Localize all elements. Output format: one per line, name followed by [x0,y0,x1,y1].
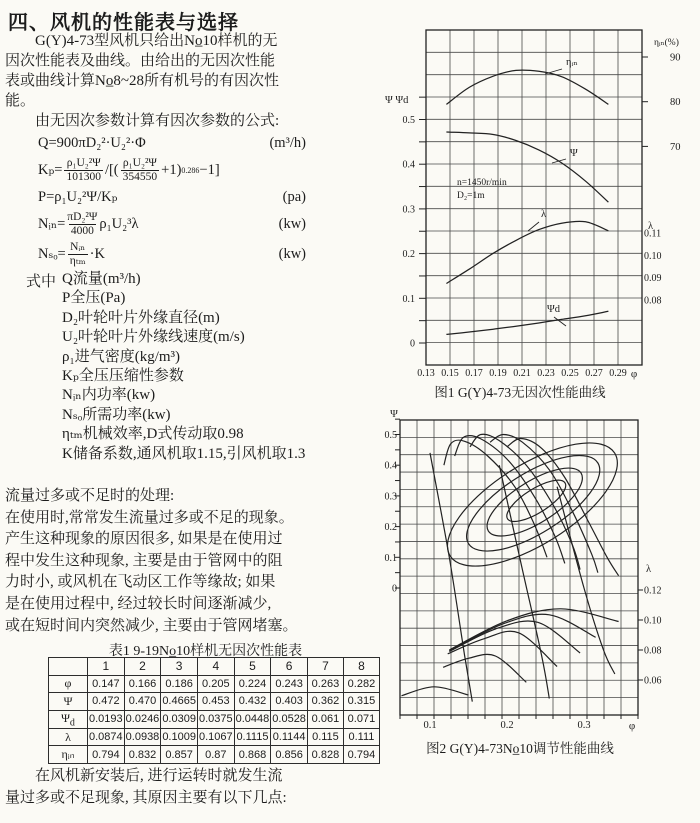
table-cell: 0.362 [307,693,343,711]
pressure-curve [444,440,547,557]
table-cell: 0.832 [124,746,161,764]
curve-label: Ψ [570,148,578,159]
table-cell: 0.147 [88,675,125,693]
formula-lead-text: 由无因次参数计算有因次参数的公式: [5,111,377,131]
table-header-row: 12345678 [49,658,380,676]
x-tick-label: 0.2 [500,720,513,731]
x-tick-label: 0.25 [561,368,579,379]
x-tick-label: 0.21 [513,368,531,379]
y-tick-label: 0.4 [403,160,416,171]
table-cell: 0.0246 [124,710,161,728]
pressure-unit: (pa) [283,189,306,206]
curve-label: ηᵢₙ [566,57,578,68]
text-line: P全压(Pa) [62,289,362,308]
kp-den1: 101300 [64,170,103,184]
text-line: Kₚ全压压缩性参数 [62,367,362,386]
flow-handling-paragraph: 流量过多或不足时的处理:在使用时,常常发生流量过多或不足的现象。产生这种现象的原… [5,486,377,637]
chart-adjustment-performance: 0.50.40.30.20.10Ψλ0.120.100.080.060.10.2… [383,408,700,760]
kp-frac1: ρ₁U₂²Ψ 101300 [64,157,103,183]
y-tick-label: 0 [410,339,415,350]
table-cell: 0.857 [161,746,198,764]
row-label: φ [49,675,88,693]
table-row: λ0.08740.09380.10090.10670.11150.11440.1… [49,728,380,746]
table-cell: 0.794 [343,746,379,764]
left-axis-label: Ψ [390,409,398,420]
lambda-tick-label: 0.10 [644,251,662,262]
table-cell: 0.472 [88,693,125,711]
eta-axis-label: ηᵢₙ(%) [654,37,679,48]
table-header-cell: 3 [161,658,198,676]
table-row: φ0.1470.1660.1860.2050.2240.2430.2630.28… [49,675,380,693]
speed-annotation: n=1450r/min [457,178,507,188]
text-line: D₂叶轮叶片外缘直径(m) [62,309,362,328]
grid [400,420,638,715]
x-tick-label: 0.13 [417,368,435,379]
nin-lhs: Nᵢₙ= [38,216,65,233]
lambda-axis-label: λ [646,564,652,575]
table-cell: 0.315 [343,693,379,711]
eta-tick-label: 90 [670,53,681,64]
curve-label-leader [554,317,566,326]
formula-lead: 由无因次参数计算有因次参数的公式: [5,111,377,131]
chart1-caption: 图1 G(Y)4-73无因次性能曲线 [434,384,606,400]
lambda-curve [449,621,580,653]
table-cell: 0.794 [88,746,125,764]
table-cell: 0.071 [343,710,379,728]
table-header-cell [49,658,88,676]
text-line: ρ₁进气密度(kg/m³) [62,348,362,367]
lambda-tick-label: 0.12 [644,586,662,597]
kp-lhs: Kₚ= [38,162,62,179]
formula-flow: Q=900πD₂²·U₂²·Φ (m³/h) [38,132,306,154]
text-line: ηₜₘ机械效率,D式传动取0.98 [62,425,362,444]
text-line: 是在使用过程中, 经过较长时间逐渐减少, [5,594,377,616]
kp-mid: /[( [105,162,119,179]
table-cell: 0.061 [307,710,343,728]
table-cell: 0.1144 [271,728,308,746]
text-line: 流量过多或不足时的处理: [5,486,377,508]
lambda-tick-label: 0.06 [644,676,662,687]
y-tick-label: 0.2 [403,249,416,260]
table-cell: 0.263 [307,675,343,693]
where-items: Q流量(m³/h)P全压(Pa)D₂叶轮叶片外缘直径(m)U₂叶轮叶片外缘线速度… [62,270,362,464]
table-cell: 0.0309 [161,710,198,728]
curve-ηᵢₙ [446,70,608,104]
eta-tick-label: 70 [670,142,681,153]
text-line: 程中发生这种现象, 主要是由于管网中的阻 [5,551,377,573]
curve-Ψd [446,311,608,334]
text-line: G(Y)4-73型风机只给出No̲10样机的无 [5,31,377,51]
intro-paragraph: G(Y)4-73型风机只给出No̲10样机的无因次性能表及曲线。由给出的无因次性… [5,31,377,111]
table-header-cell: 6 [271,658,308,676]
efficiency-contour [429,419,636,590]
pressure-body: P=ρ₁U₂²Ψ/Kₚ [38,189,117,206]
text-line: 在使用时,常常发生流量过多或不足的现象。 [5,508,377,530]
table-cell: 0.1009 [161,728,198,746]
table-header-cell: 4 [197,658,234,676]
lambda-tick-label: 0.09 [644,273,662,284]
table-cell: 0.856 [271,746,308,764]
x-tick-label: 0.29 [609,368,627,379]
table-row: Ψ0.4720.4700.46650.4530.4320.4030.3620.3… [49,693,380,711]
row-label: Ψd [49,710,88,728]
table-cell: 0.0528 [271,710,308,728]
text-line: U₂叶轮叶片外缘线速度(m/s) [62,328,362,347]
chart2-caption: 图2 G(Y)4-73No̲10调节性能曲线 [426,740,614,756]
x-axis-label: φ [631,368,637,380]
text-line: 力时小, 或风机在飞动区工作等缘故; 如果 [5,572,377,594]
lambda-tick-label: 0.11 [644,229,661,240]
table-cell: 0.403 [271,693,308,711]
table-cell: 0.470 [124,693,161,711]
row-label: ηᵢₙ [49,746,88,764]
y-tick-label: 0.3 [385,491,398,502]
table-header-cell: 1 [88,658,125,676]
closing-paragraph: 在风机新安装后, 进行运转时就发生流量过多或不足现象, 其原因主要有以下几点: [5,766,377,809]
y-tick-label: 0.4 [385,461,398,472]
diameter-annotation: D₂=1m [457,191,485,201]
nso-rest: ·K [90,246,105,263]
kp-exp: 0.286 [181,166,199,175]
curve-label: Ψd [547,304,561,315]
x-tick-label: 0.1 [423,720,436,731]
y-tick-label: 0.1 [385,553,398,564]
table-cell: 0.0938 [124,728,161,746]
text-line: Q流量(m³/h) [62,270,362,289]
formula-kp: Kₚ= ρ₁U₂²Ψ 101300 /[( ρ₁U₂²Ψ 354550 +1)0… [38,156,330,184]
nso-num: Nᵢₙ [70,241,85,254]
text-line: K储备系数,通风机取1.15,引风机取1.3 [62,445,362,464]
nso-unit: (kw) [279,246,306,263]
symbol-definitions: 式中 Q流量(m³/h)P全压(Pa)D₂叶轮叶片外缘直径(m)U₂叶轮叶片外缘… [26,270,362,464]
table-cell: 0.186 [161,675,198,693]
eta-tick-label: 80 [670,97,681,108]
row-label-sub: d [70,717,75,728]
nso-frac: Nᵢₙ ηₜₘ [68,241,88,267]
table-row: Ψd0.01930.02460.03090.03750.04480.05280.… [49,710,380,728]
lambda-curve [402,687,469,696]
table-cell: 0.282 [343,675,379,693]
table-cell: 0.868 [234,746,271,764]
kp-num1: ρ₁U₂²Ψ [67,157,101,170]
table-cell: 0.0874 [88,728,125,746]
formula-flow-unit: (m³/h) [269,135,306,152]
table-cell: 0.0448 [234,710,271,728]
text-line: 表或曲线计算No̲8~28所有机号的有因次性 [5,71,377,91]
where-label: 式中 [26,270,62,464]
table-cell: 0.1067 [197,728,234,746]
x-tick-label: 0.15 [441,368,459,379]
x-tick-label: 0.27 [585,368,603,379]
kp-frac2: ρ₁U₂²Ψ 354550 [121,157,160,183]
x-tick-label: 0.17 [465,368,483,379]
kp-t2: −1] [199,162,219,179]
table-cell: 0.205 [197,675,234,693]
y-tick-label: 0.3 [403,204,416,215]
formula-pressure: P=ρ₁U₂²Ψ/Kₚ (pa) [38,186,306,208]
table-cell: 0.0375 [197,710,234,728]
y-tick-label: 0.5 [385,430,398,441]
table-header-cell: 8 [343,658,379,676]
axis-ticks [419,57,648,343]
nso-den: ηₜₘ [68,254,88,268]
kp-num2: ρ₁U₂²Ψ [123,157,157,170]
curve-label-leader [545,69,562,74]
kp-t1: +1) [161,162,181,179]
nin-num: πD₂²Ψ [67,211,97,224]
lambda-tick-label: 0.10 [644,616,662,627]
table-header-cell: 2 [124,658,161,676]
table-cell: 0.0193 [88,710,125,728]
x-tick-label: 0.3 [577,720,590,731]
text-line: Nₛₒ所需功率(kw) [62,406,362,425]
y-tick-label: 0.1 [403,294,416,305]
text-line: 产生这种现象的原因很多, 如果是在使用过 [5,529,377,551]
text-line: 在风机新安装后, 进行运转时就发生流 [5,766,377,788]
table-cell: 0.115 [307,728,343,746]
formula-internal-power: Nᵢₙ= πD₂²Ψ 4000 ρ₁U₂³λ (kw) [38,210,306,238]
lambda-tick-label: 0.08 [644,296,662,307]
table-cell: 0.224 [234,675,271,693]
table-cell: 0.828 [307,746,343,764]
y-tick-label: 0 [392,584,397,595]
text-line: 能。 [5,91,377,111]
nin-den: 4000 [69,224,96,238]
y-tick-label: 0.2 [385,522,398,533]
row-label: λ [49,728,88,746]
x-axis-label: φ [629,720,635,732]
table-cell: 0.166 [124,675,161,693]
table-cell: 0.87 [197,746,234,764]
formula-flow-body: Q=900πD₂²·U₂²·Φ [38,135,146,152]
table-cell: 0.243 [271,675,308,693]
left-axis-label: Ψ Ψd [385,95,409,106]
row-label: Ψ [49,693,88,711]
y-tick-label: 0.5 [403,115,416,126]
nso-lhs: Nₛₒ= [38,246,66,263]
x-tick-label: 0.19 [489,368,507,379]
table-cell: 0.111 [343,728,379,746]
curve-label-leader [552,159,566,163]
text-line: 因次性能表及曲线。由给出的无因次性能 [5,51,377,71]
table-header-cell: 5 [234,658,271,676]
chart-dimensionless-performance: 0.50.40.30.20.10Ψ Ψd908070ηᵢₙ(%)λ0.110.1… [383,25,700,410]
table-cell: 0.432 [234,693,271,711]
nin-unit: (kw) [279,216,306,233]
formula-block: Q=900πD₂²·U₂²·Φ (m³/h) Kₚ= ρ₁U₂²Ψ 101300… [38,132,338,270]
lambda-tick-label: 0.08 [644,646,662,657]
table-cell: 0.1115 [234,728,271,746]
kp-den2: 354550 [121,170,160,184]
text-line: 量过多或不足现象, 其原因主要有以下几点: [5,788,377,810]
table-cell: 0.4665 [161,693,198,711]
text-line: Nᵢₙ内功率(kw) [62,386,362,405]
nin-rest: ρ₁U₂³λ [99,216,138,233]
table-cell: 0.453 [197,693,234,711]
nin-frac: πD₂²Ψ 4000 [67,211,97,237]
efficiency-contour [477,455,592,548]
table-row: ηᵢₙ0.7940.8320.8570.870.8680.8560.8280.7… [49,746,380,764]
table-header-cell: 7 [307,658,343,676]
performance-table: 12345678φ0.1470.1660.1860.2050.2240.2430… [48,657,380,764]
formula-required-power: Nₛₒ= Nᵢₙ ηₜₘ ·K (kw) [38,240,306,268]
text-line: 或在短时间内突然减少, 主要由于管网堵塞。 [5,616,377,638]
x-tick-label: 0.23 [537,368,555,379]
